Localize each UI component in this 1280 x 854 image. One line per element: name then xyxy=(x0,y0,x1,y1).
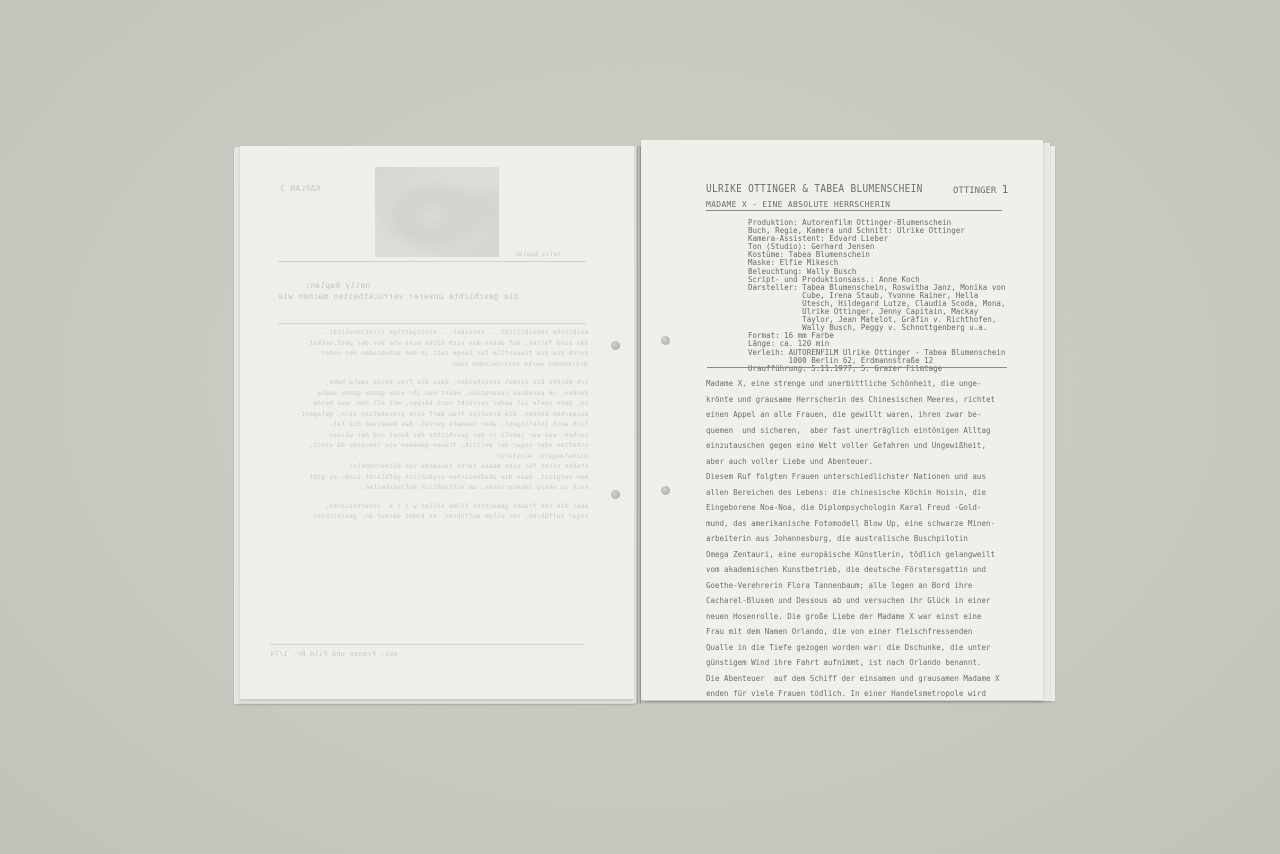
ghost-rule-mid xyxy=(278,323,586,324)
synopsis-line: Eingeborene Noa-Noa, die Diplompsycholog… xyxy=(706,500,1000,516)
synopsis-line: Goethe-Verehrerin Flora Tannenbaum; alle… xyxy=(706,578,1000,594)
ghost-body-line: drückenden werke verschwinden kann. xyxy=(448,360,588,371)
authors-header: ULRIKE ÖTTINGER & TABEA BLUMENSCHEIN xyxy=(706,183,923,196)
page-number-label: OTTINGER 1 xyxy=(953,183,1008,196)
punch-hole-top-right xyxy=(661,336,670,345)
synopsis-line: allen Bereichen des Lebens: die chinesis… xyxy=(706,485,1000,501)
ghost-body-line: ich möchte bis einmal entscheiden, dass … xyxy=(325,378,588,389)
ghost-body-line: michelangelo, einstein? xyxy=(496,452,588,463)
punch-hole-top-left xyxy=(611,341,620,350)
synopsis-line: einen Appel an alle Frauen, die gewillt … xyxy=(706,407,1000,423)
synopsis-line: neuen Hosenrolle. Die große Liebe der Ma… xyxy=(706,609,1000,625)
synopsis-line: Frau mit dem Namen Orlando, die von eine… xyxy=(706,624,1000,640)
ghost-body-line: denken, um paradoxe reparation, meint ma… xyxy=(317,389,588,400)
left-page: KAPLAN 3 nelly kaplan nelly kaplan: die … xyxy=(240,146,634,699)
page-number: 1 xyxy=(1002,183,1009,196)
credits-divider xyxy=(707,367,1007,368)
ghost-body-line: stehen nicht für eine masse zarte tausen… xyxy=(349,462,588,473)
synopsis-line: einzutauschen gegen eine Welt voller Gef… xyxy=(706,438,1000,454)
ghost-body-line: aber die von frauen gemachten filme soll… xyxy=(325,502,588,513)
ghost-portrait-image xyxy=(375,167,499,257)
ghost-rule-top xyxy=(278,261,586,262)
synopsis-line: mund, das amerikanische Fotomodell Blow … xyxy=(706,516,1000,532)
ghost-body-line: noch zu wenig ideatorinnen, um schließli… xyxy=(361,483,589,494)
ghost-footer-source: aus: Frauen und Film Nr. 1/74 xyxy=(270,649,398,660)
ghost-body-line: sogar aufführen, vor allem aufführen, es… xyxy=(313,512,588,523)
ghost-caption: nelly kaplan xyxy=(515,250,561,261)
synopsis-line: Die Abenteuer auf dem Schiff der einsame… xyxy=(706,671,1000,687)
ghost-rule-bottom xyxy=(270,644,585,645)
credits-block: Produktion: Autorenfilm Ottinger-Blumens… xyxy=(748,219,1005,373)
synopsis-line: Omega Zentauri, eine europäische Künstle… xyxy=(706,547,1000,563)
ghost-body-line: ausmachen können. die kreative frau darf… xyxy=(297,410,588,421)
page-label: OTTINGER xyxy=(953,186,996,196)
credit-line: Uraufführung: 5.11.1977, 5. Grazer Filmt… xyxy=(748,365,1005,373)
synopsis-line: Cacharel-Blusen und Dessous ab und versu… xyxy=(706,593,1000,609)
synopsis-line: Qualle in die Tiefe gezogen worden war: … xyxy=(706,640,1000,656)
ghost-body-line: schaften oder sogar der politik, frauen … xyxy=(309,441,588,452)
synopsis-text: Madame X, eine strenge und unerbittliche… xyxy=(706,376,1000,700)
synopsis-line: enden für viele Frauen tödlich. In einer… xyxy=(706,686,1000,700)
film-title: MADAME X - EINE ABSOLUTE HERRSCHERIN xyxy=(706,200,1002,211)
ghost-body-line: das sind fallen, auf denen man sich hüte… xyxy=(309,339,588,350)
synopsis-line: Diesem Ruf folgten Frauen unterschiedlic… xyxy=(706,469,1000,485)
ghost-page-label: KAPLAN 3 xyxy=(280,184,320,195)
ghost-body-line: sachen: was war jemals in der geschichte… xyxy=(325,431,588,442)
ghost-body-line: zu, denn seele ist weder verrückt noch k… xyxy=(313,399,588,410)
ghost-body-line: weibliche sensibilität... sensibel... ei… xyxy=(317,328,588,339)
synopsis-line: vom akademischen Kunstbetrieb, die deuts… xyxy=(706,562,1000,578)
ghost-body-line: lich auch intelligent, aber niemals geni… xyxy=(329,420,588,431)
synopsis-line: Madame X, eine strenge und unerbittliche… xyxy=(706,376,1000,392)
ghost-body-line: durch die die frauenfilm für lange zeit … xyxy=(317,349,588,360)
synopsis-line: krönte und grausame Herrscherin des Chin… xyxy=(706,392,1000,408)
synopsis-line: quemen und sicheren, aber fast unerträgl… xyxy=(706,423,1000,439)
synopsis-line: aber auch voller Liebe und Abenteuer. xyxy=(706,454,1000,470)
punch-hole-bottom-right xyxy=(661,486,670,495)
ghost-title-2: die geschichte unserer verrücktheiten ma… xyxy=(278,292,519,303)
synopsis-line: arbeiterin aus Johannesburg, die austral… xyxy=(706,531,1000,547)
synopsis-line: günstigem Wind ihre Fahrt aufnimmt, ist … xyxy=(706,655,1000,671)
punch-hole-bottom-left xyxy=(611,490,620,499)
right-page: ULRIKE ÖTTINGER & TABEA BLUMENSCHEIN OT… xyxy=(641,140,1043,700)
ghost-title-1: nelly kaplan: xyxy=(305,281,370,292)
ghost-body-line: man vergisst, dass die akademischen ursä… xyxy=(309,473,588,484)
